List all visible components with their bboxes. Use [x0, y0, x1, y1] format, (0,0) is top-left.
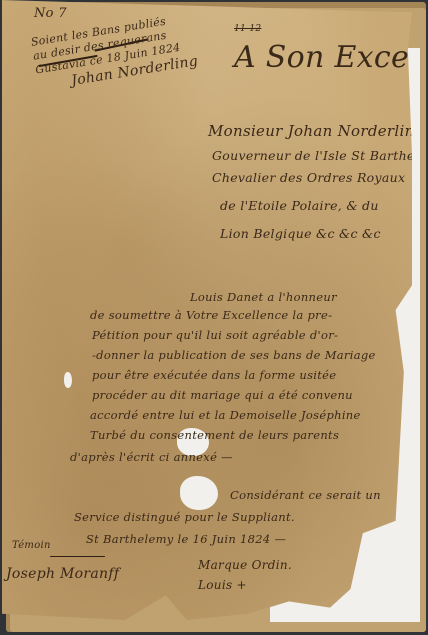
address-line: Chevalier des Ordres Royaux [212, 170, 405, 185]
body-line: Pétition pour qu'il lui soit agréable d'… [92, 328, 338, 342]
address-line: Gouverneur de l'Isle St Barthelemy [212, 148, 428, 163]
body-line: Service distingué pour le Suppliant. [74, 510, 295, 524]
salutation: A Son Excellence [234, 40, 428, 75]
body-line: -donner la publication de ses bans de Ma… [92, 348, 376, 362]
underline-stroke [50, 556, 105, 557]
body-line: d'après l'écrit ci annexé — [70, 450, 233, 464]
paper-hole [64, 372, 72, 388]
body-line: Louis Danet a l'honneur [190, 290, 337, 304]
body-line: procéder au dit mariage qui a été conven… [92, 388, 353, 402]
witness-label: Témoin [12, 540, 51, 551]
body-line: Considérant ce serait un [230, 488, 381, 502]
crossed-out-number: 11-12 [234, 24, 261, 34]
body-line: pour être exécutée dans la forme usitée [92, 368, 336, 382]
address-line: Monsieur Johan Norderling [208, 122, 424, 140]
petitioner-mark: Louis + [198, 578, 247, 592]
date-line: St Barthelemy le 16 Juin 1824 — [86, 532, 286, 546]
address-line: Lion Belgique &c &c &c [220, 226, 381, 241]
address-line: de l'Etoile Polaire, & du [220, 198, 379, 213]
body-line: de soumettre à Votre Excellence la pre- [90, 308, 332, 322]
body-line: Turbé du consentement de leurs parents [90, 428, 339, 442]
mark-label: Marque Ordin. [198, 558, 292, 572]
witness-signature: Joseph Moranff [6, 566, 119, 582]
paper-hole [180, 476, 218, 510]
manuscript-page: No 7 11-12 Soient les Bans publiés au de… [2, 0, 412, 620]
folio-number: No 7 [34, 6, 67, 21]
body-line: accordé entre lui et la Demoiselle Josép… [90, 408, 361, 422]
margin-note: Soient les Bans publiés au desir des req… [30, 11, 199, 94]
